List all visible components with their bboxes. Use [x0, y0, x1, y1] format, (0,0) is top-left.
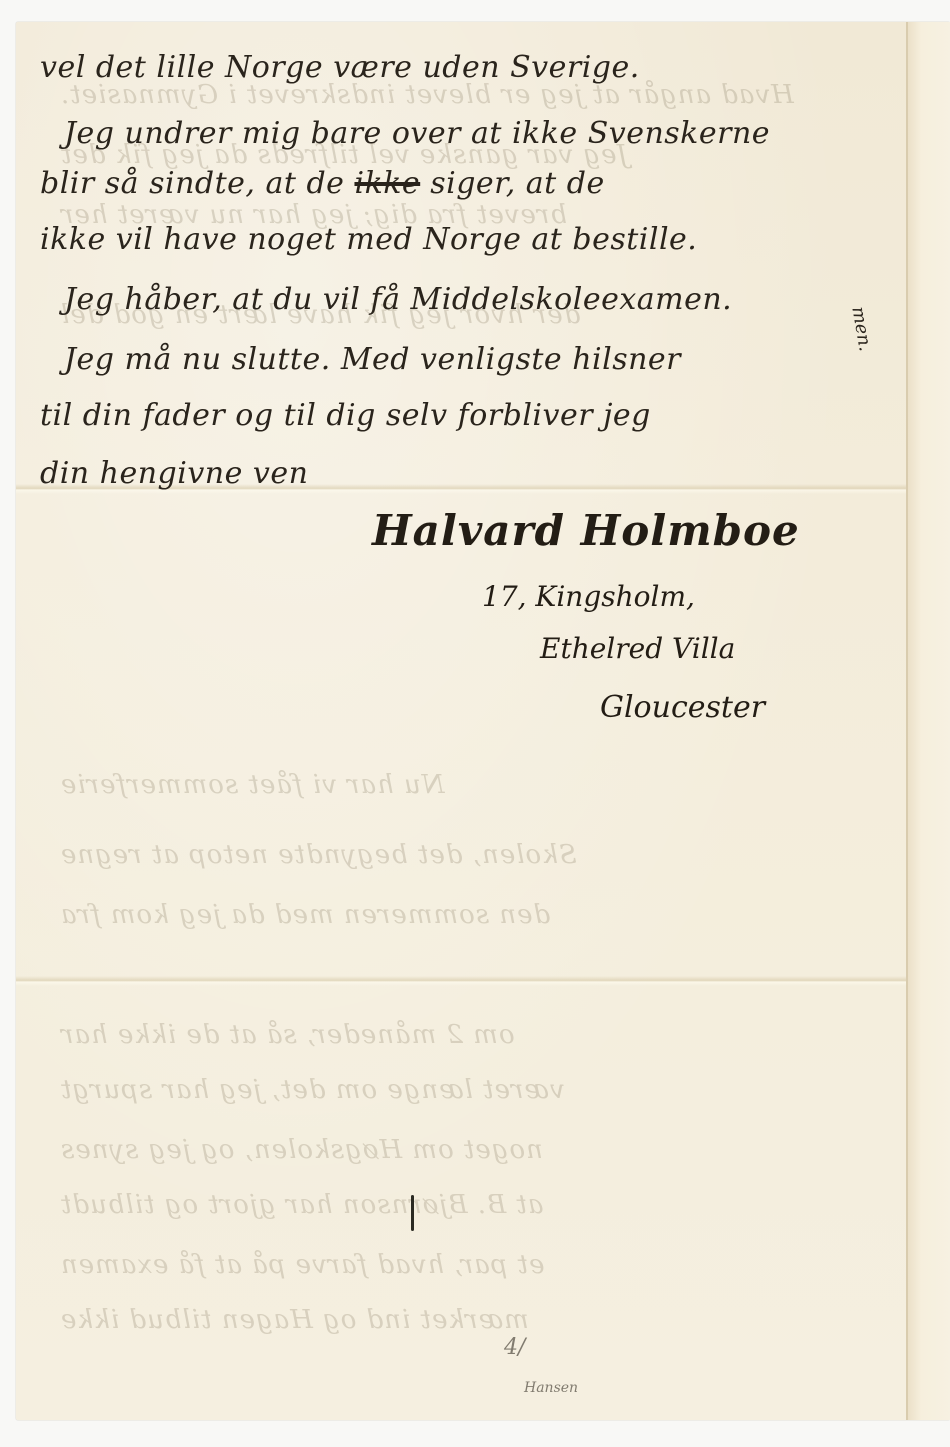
- bleed-through-line: om 2 måneder, så at de ikke har: [60, 1020, 515, 1050]
- address-line: Ethelred Villa: [540, 632, 735, 665]
- scanned-letter-page: Hvad angår at jeg er blevet indskrevet i…: [0, 0, 950, 1447]
- bleed-through-line: at B. Bjørnson har gjort og tilbudt: [60, 1190, 543, 1220]
- letter-line: ikke vil have noget med Norge at bestill…: [40, 222, 697, 257]
- letter-line: Jeg håber, at du vil få Middelskoleexame…: [64, 282, 732, 317]
- address-line: Gloucester: [600, 690, 765, 725]
- address-line: 17, Kingsholm,: [482, 580, 695, 613]
- letter-line: Jeg undrer mig bare over at ikke Svenske…: [64, 116, 770, 151]
- adjacent-leaf-edge: [906, 22, 950, 1420]
- pencil-name-note: Hansen: [524, 1380, 578, 1396]
- bleed-through-line: den sommeren med da jeg kom fra: [60, 900, 550, 930]
- letter-line: vel det lille Norge være uden Sverige.: [40, 50, 640, 85]
- letter-line: til din fader og til dig selv forbliver …: [40, 398, 651, 433]
- bleed-through-line: mærket ind og Hagen tilbud ikke: [60, 1305, 529, 1335]
- bleed-through-line: Skolen, det begyndte netop at regne: [60, 840, 577, 870]
- letter-line: din hengivne ven: [40, 456, 308, 491]
- pencil-folio-mark: 4/: [504, 1335, 525, 1360]
- bleed-through-line: Nu har vi fået sommerferie: [60, 770, 444, 800]
- letter-text: blir så sindte, at de: [40, 166, 344, 201]
- letter-text: siger, at de: [430, 166, 605, 201]
- letter-line: Jeg må nu slutte. Med venligste hilsner: [64, 342, 681, 377]
- horizontal-fold-line: [16, 976, 906, 986]
- signature: Halvard Holmboe: [372, 506, 800, 555]
- bleed-through-line: et par, hvad farve på at få examen: [60, 1250, 544, 1280]
- bleed-through-line: været længe om det, jeg har spurgt: [60, 1075, 565, 1105]
- ink-blot: [411, 1195, 414, 1231]
- struck-out-word: ikke: [354, 166, 420, 201]
- bleed-through-line: noget om Høgskolen, og jeg synes: [60, 1135, 543, 1165]
- letter-line: blir så sindte, at de ikke siger, at de: [40, 166, 605, 201]
